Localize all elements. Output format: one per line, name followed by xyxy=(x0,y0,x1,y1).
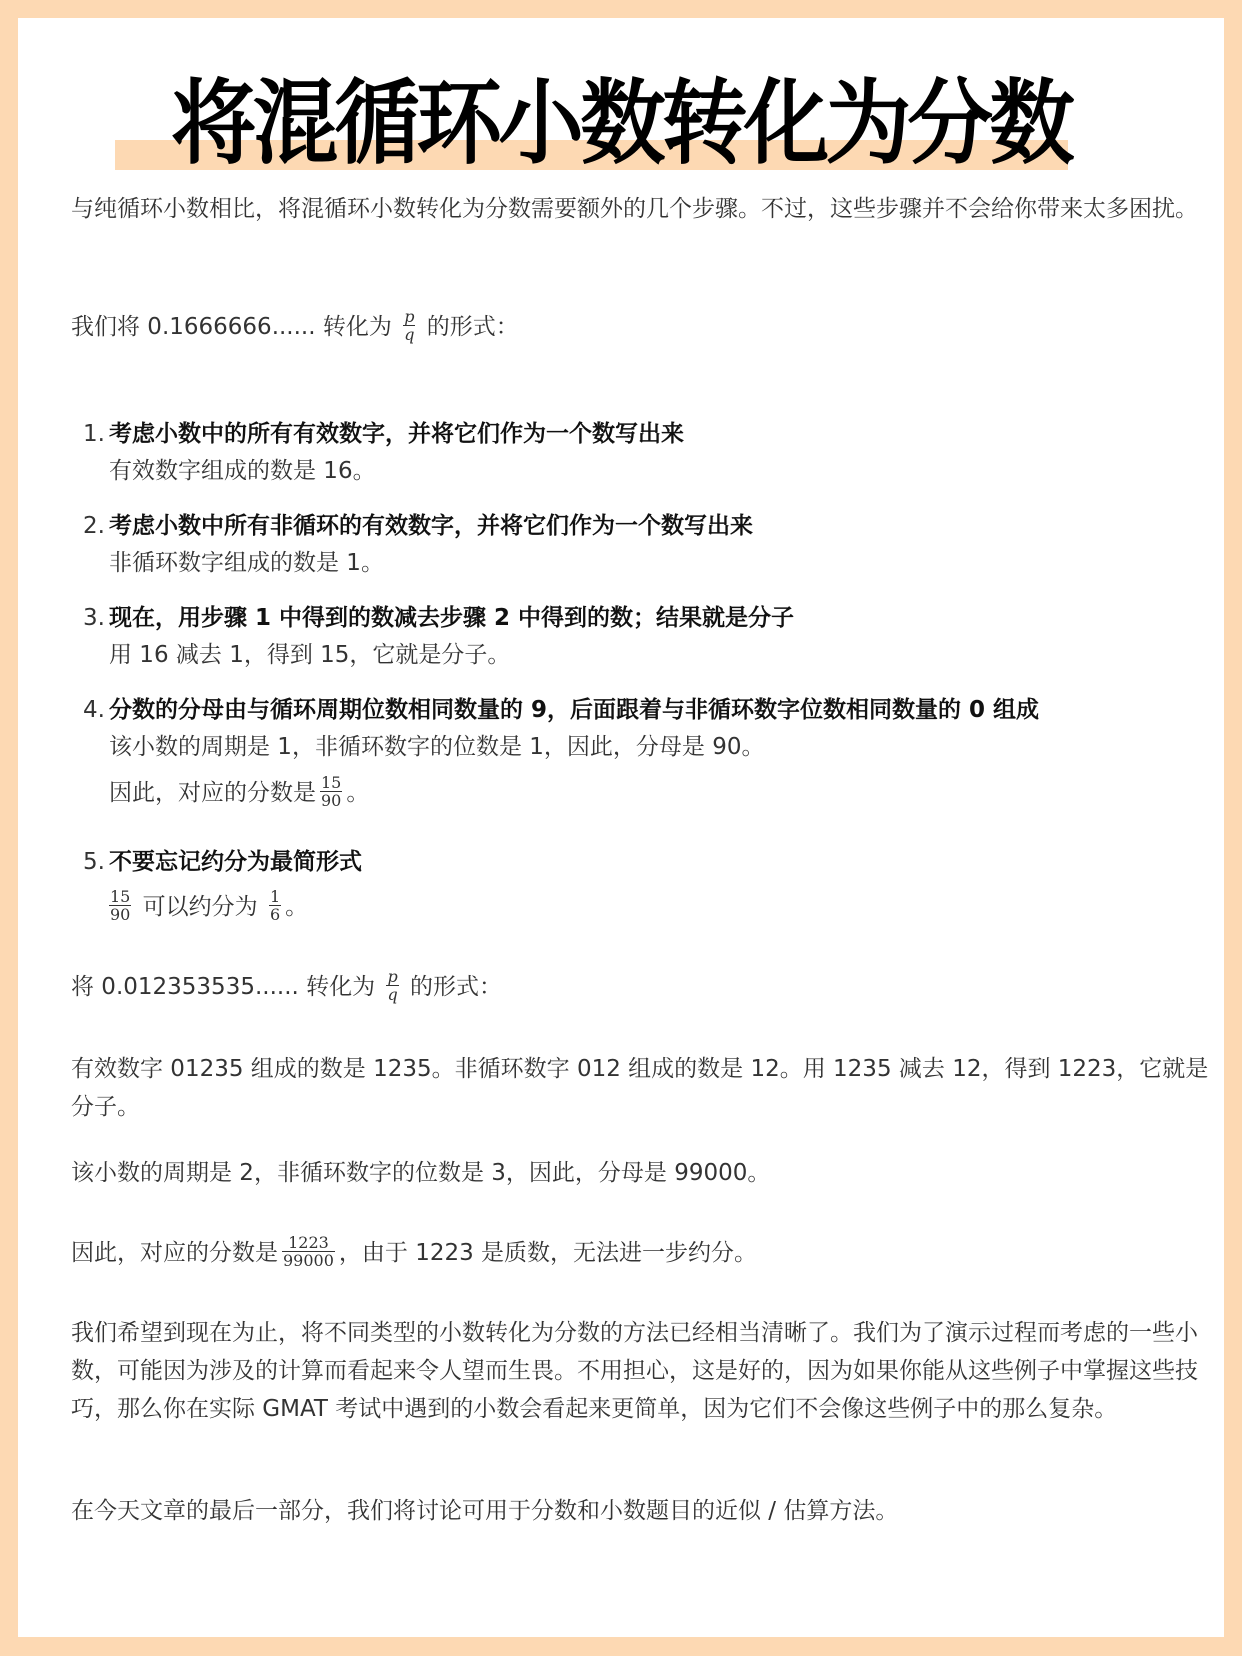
step-2: 2.考虑小数中所有非循环的有效数字，并将它们作为一个数写出来 非循环数字组成的数… xyxy=(83,508,1203,582)
fraction-15-90: 1590 xyxy=(320,774,342,809)
fraction-15-90: 1590 xyxy=(109,888,131,923)
step-5: 5.不要忘记约分为最简形式 1590 可以约分为 16。 xyxy=(83,844,1203,926)
fraction-p-q: pq xyxy=(386,968,398,1003)
step-body: 用 16 减去 1，得到 15，它就是分子。 xyxy=(83,636,1203,674)
conclusion-paragraph-1: 我们希望到现在为止，将不同类型的小数转化为分数的方法已经相当清晰了。我们为了演示… xyxy=(71,1314,1211,1428)
example2-prefix: 将 0.012353535...... 转化为 xyxy=(71,974,375,1000)
step-body: 该小数的周期是 1，非循环数字的位数是 1，因此，分母是 90。 xyxy=(83,728,1203,766)
example1-suffix: 的形式： xyxy=(427,314,519,340)
example1-prefix: 我们将 0.1666666...... 转化为 xyxy=(71,314,392,340)
step-heading: 不要忘记约分为最简形式 xyxy=(109,849,362,875)
step-1: 1.考虑小数中的所有有效数字，并将它们作为一个数写出来 有效数字组成的数是 16… xyxy=(83,416,1203,490)
step-body: 有效数字组成的数是 16。 xyxy=(83,452,1203,490)
step-3: 3.现在，用步骤 1 中得到的数减去步骤 2 中得到的数；结果就是分子 用 16… xyxy=(83,600,1203,674)
conclusion-paragraph-2: 在今天文章的最后一部分，我们将讨论可用于分数和小数题目的近似 / 估算方法。 xyxy=(71,1492,1211,1530)
title-block: 将混循环小数转化为分数 xyxy=(18,74,1224,174)
example2-suffix: 的形式： xyxy=(410,974,502,1000)
step-4: 4.分数的分母由与循环周期位数相同数量的 9，后面跟着与非循环数字位数相同数量的… xyxy=(83,692,1203,812)
fraction-1-6: 16 xyxy=(269,888,281,923)
example2-paragraph-1: 有效数字 01235 组成的数是 1235。非循环数字 012 组成的数是 12… xyxy=(71,1050,1211,1126)
example2-intro: 将 0.012353535...... 转化为 pq 的形式： xyxy=(71,968,1211,1006)
page-title: 将混循环小数转化为分数 xyxy=(60,74,1182,174)
step-result: 因此，对应的分数是1590。 xyxy=(83,774,1203,812)
article-card: 将混循环小数转化为分数 与纯循环小数相比，将混循环小数转化为分数需要额外的几个步… xyxy=(18,18,1224,1637)
example2-paragraph-2: 该小数的周期是 2，非循环数字的位数是 3，因此，分母是 99000。 xyxy=(71,1154,1211,1192)
intro-paragraph: 与纯循环小数相比，将混循环小数转化为分数需要额外的几个步骤。不过，这些步骤并不会… xyxy=(71,190,1211,228)
step-body: 非循环数字组成的数是 1。 xyxy=(83,544,1203,582)
step-heading: 考虑小数中所有非循环的有效数字，并将它们作为一个数写出来 xyxy=(109,513,753,539)
step-heading: 考虑小数中的所有有效数字，并将它们作为一个数写出来 xyxy=(109,421,684,447)
step-heading: 分数的分母由与循环周期位数相同数量的 9，后面跟着与非循环数字位数相同数量的 0… xyxy=(109,697,1039,723)
step-heading: 现在，用步骤 1 中得到的数减去步骤 2 中得到的数；结果就是分子 xyxy=(109,605,794,631)
example2-paragraph-3: 因此，对应的分数是122399000，由于 1223 是质数，无法进一步约分。 xyxy=(71,1234,1211,1272)
fraction-p-q: pq xyxy=(403,308,415,343)
example1-intro: 我们将 0.1666666...... 转化为 pq 的形式： xyxy=(71,308,1211,346)
step-body: 1590 可以约分为 16。 xyxy=(83,888,1203,926)
fraction-1223-99000: 122399000 xyxy=(282,1234,335,1269)
